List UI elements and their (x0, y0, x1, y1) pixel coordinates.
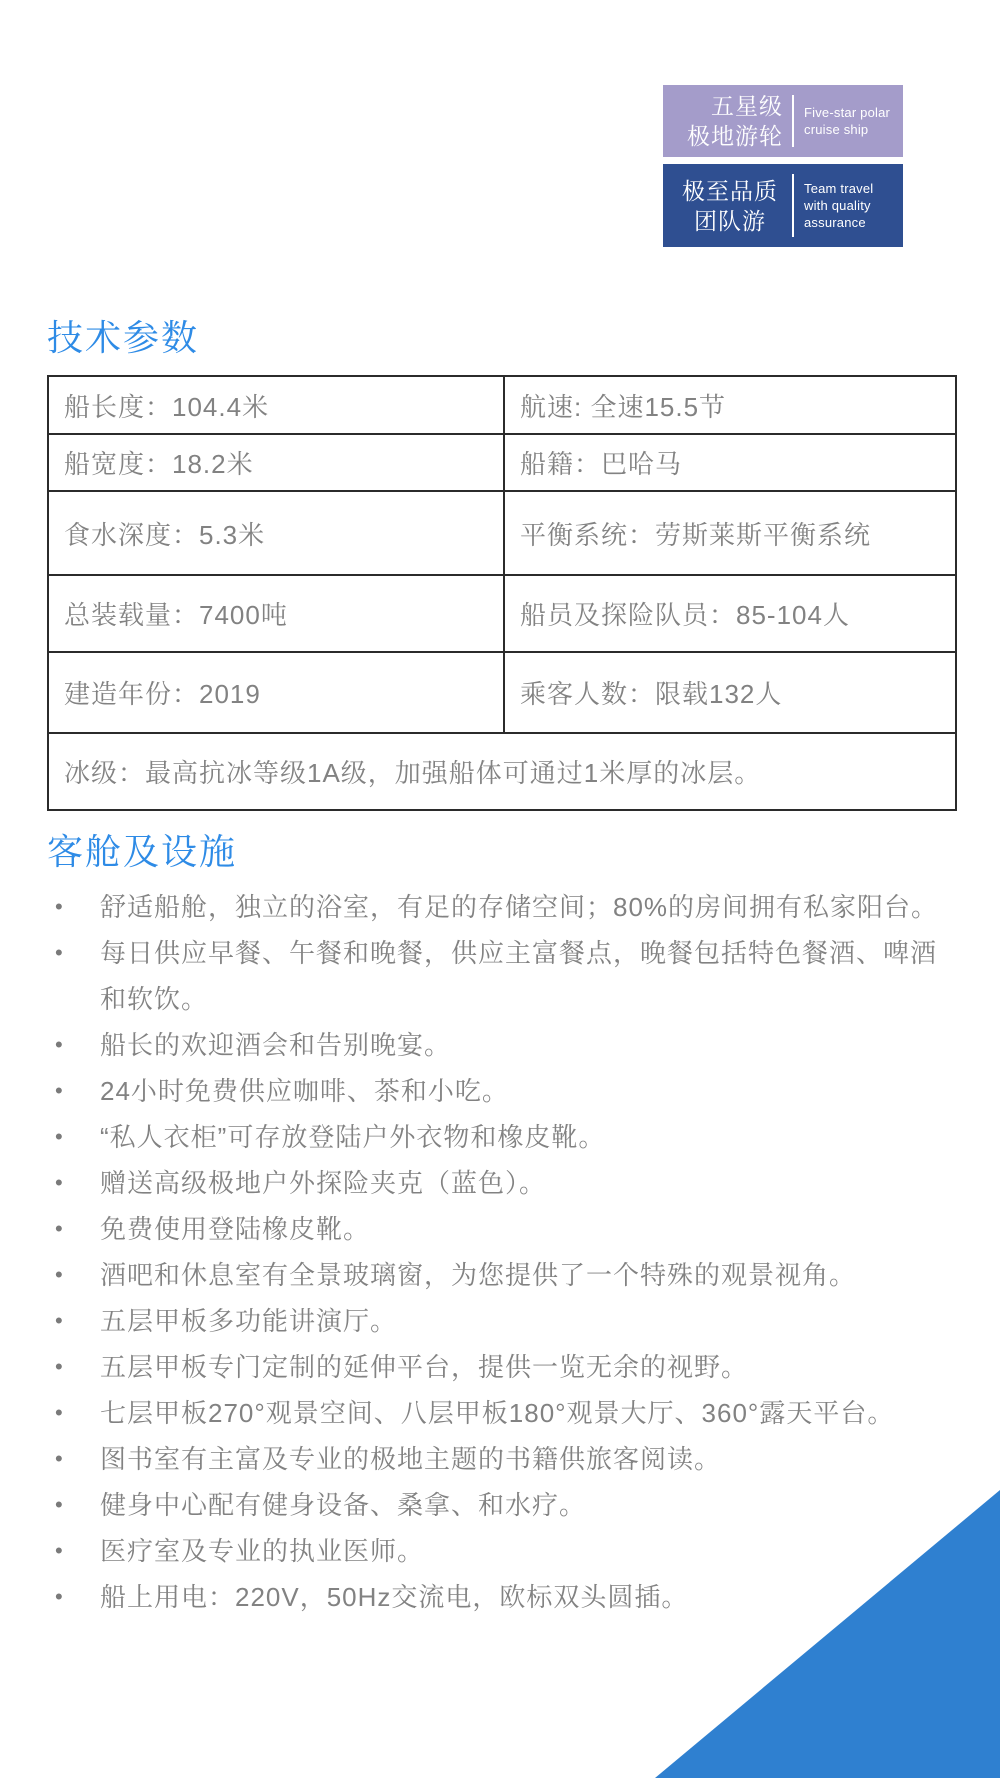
list-item: • 五层甲板专门定制的延伸平台，提供一览无余的视野。 (47, 1344, 962, 1390)
brand-badges: 五星级 极地游轮 Five-star polar cruise ship 极至品… (663, 85, 903, 247)
list-item: • 七层甲板270°观景空间、八层甲板180°观景大厅、360°露天平台。 (47, 1390, 962, 1436)
spec-passengers: 乘客人数：限载132人 (503, 653, 955, 732)
facilities-list: • 舒适船舱，独立的浴室，有足的存储空间；80%的房间拥有私家阳台。 • 每日供… (47, 884, 962, 1620)
spec-crew: 船员及探险队员：85-104人 (503, 576, 955, 651)
spec-ice-class: 冰级：最高抗冰等级1A级，加强船体可通过1米厚的冰层。 (49, 734, 955, 809)
spec-tonnage: 总装载量：7400吨 (49, 576, 503, 651)
bullet-icon: • (47, 1252, 100, 1298)
badge-divider-line (792, 95, 794, 147)
bullet-icon: • (47, 1482, 100, 1528)
section-title-cabins-facilities: 客舱及设施 (47, 830, 237, 873)
facility-text: 七层甲板270°观景空间、八层甲板180°观景大厅、360°露天平台。 (100, 1390, 962, 1436)
spec-draft: 食水深度：5.3米 (49, 492, 503, 574)
badge-en-line: Team travel (804, 180, 873, 197)
table-row: 船宽度：18.2米 船籍：巴哈马 (49, 433, 955, 490)
bullet-icon: • (47, 1344, 100, 1390)
spec-table: 船长度：104.4米 航速: 全速15.5节 船宽度：18.2米 船籍：巴哈马 … (47, 375, 957, 811)
bullet-icon: • (47, 1574, 100, 1620)
list-item: • 免费使用登陆橡皮靴。 (47, 1206, 962, 1252)
facility-text: 船上用电：220V，50Hz交流电，欧标双头圆插。 (100, 1574, 962, 1620)
badge-cn-line: 团队游 (677, 206, 783, 236)
facility-text: 医疗室及专业的执业医师。 (100, 1528, 962, 1574)
facility-text: 五层甲板专门定制的延伸平台，提供一览无余的视野。 (100, 1344, 962, 1390)
spec-build-year: 建造年份：2019 (49, 653, 503, 732)
table-row: 船长度：104.4米 航速: 全速15.5节 (49, 377, 955, 433)
table-row-full: 冰级：最高抗冰等级1A级，加强船体可通过1米厚的冰层。 (49, 732, 955, 809)
facility-text: 每日供应早餐、午餐和晚餐，供应主富餐点，晚餐包括特色餐酒、啤酒和软饮。 (100, 930, 962, 1022)
facility-text: 酒吧和休息室有全景玻璃窗，为您提供了一个特殊的观景视角。 (100, 1252, 962, 1298)
facility-text: 五层甲板多功能讲演厅。 (100, 1298, 962, 1344)
bullet-icon: • (47, 1298, 100, 1344)
facility-text: 舒适船舱，独立的浴室，有足的存储空间；80%的房间拥有私家阳台。 (100, 884, 962, 930)
list-item: • 五层甲板多功能讲演厅。 (47, 1298, 962, 1344)
list-item: • 舒适船舱，独立的浴室，有足的存储空间；80%的房间拥有私家阳台。 (47, 884, 962, 930)
bullet-icon: • (47, 884, 100, 930)
spec-stabilizers: 平衡系统：劳斯莱斯平衡系统 (503, 492, 955, 574)
facility-text: 船长的欢迎酒会和告别晚宴。 (100, 1022, 962, 1068)
list-item: • 赠送高级极地户外探险夹克（蓝色）。 (47, 1160, 962, 1206)
badge-en-line: with quality (804, 197, 873, 214)
bullet-icon: • (47, 1068, 100, 1114)
list-item: • “私人衣柜”可存放登陆户外衣物和橡皮靴。 (47, 1114, 962, 1160)
spec-speed: 航速: 全速15.5节 (503, 377, 955, 433)
badge-en-line: Five-star polar (804, 104, 890, 121)
badge-cn-line: 极地游轮 (669, 121, 783, 151)
badge-en-line: assurance (804, 214, 873, 231)
list-item: • 医疗室及专业的执业医师。 (47, 1528, 962, 1574)
list-item: • 图书室有主富及专业的极地主题的书籍供旅客阅读。 (47, 1436, 962, 1482)
badge-divider-line (792, 174, 794, 237)
table-row: 建造年份：2019 乘客人数：限载132人 (49, 651, 955, 732)
badge-five-star-polar-cruise: 五星级 极地游轮 Five-star polar cruise ship (663, 85, 903, 157)
facility-text: 赠送高级极地户外探险夹克（蓝色）。 (100, 1160, 962, 1206)
facility-text: 图书室有主富及专业的极地主题的书籍供旅客阅读。 (100, 1436, 962, 1482)
facility-text: 健身中心配有健身设备、桑拿、和水疗。 (100, 1482, 962, 1528)
list-item: • 健身中心配有健身设备、桑拿、和水疗。 (47, 1482, 962, 1528)
badge-team-travel-quality: 极至品质 团队游 Team travel with quality assura… (663, 164, 903, 247)
list-item: • 24小时免费供应咖啡、茶和小吃。 (47, 1068, 962, 1114)
bullet-icon: • (47, 1022, 100, 1068)
badge-cn-line: 五星级 (669, 91, 783, 121)
list-item: • 酒吧和休息室有全景玻璃窗，为您提供了一个特殊的观景视角。 (47, 1252, 962, 1298)
bullet-icon: • (47, 1160, 100, 1206)
list-item: • 船长的欢迎酒会和告别晚宴。 (47, 1022, 962, 1068)
bullet-icon: • (47, 1114, 100, 1160)
spec-ship-width: 船宽度：18.2米 (49, 435, 503, 490)
bullet-icon: • (47, 1528, 100, 1574)
brochure-page: 五星级 极地游轮 Five-star polar cruise ship 极至品… (0, 0, 1000, 1778)
table-row: 食水深度：5.3米 平衡系统：劳斯莱斯平衡系统 (49, 490, 955, 574)
badge-cn-line: 极至品质 (677, 176, 783, 206)
list-item: • 每日供应早餐、午餐和晚餐，供应主富餐点，晚餐包括特色餐酒、啤酒和软饮。 (47, 930, 962, 1022)
spec-ship-length: 船长度：104.4米 (49, 377, 503, 433)
badge-chinese-label: 极至品质 团队游 (663, 176, 783, 236)
facility-text: “私人衣柜”可存放登陆户外衣物和橡皮靴。 (100, 1114, 962, 1160)
badge-en-line: cruise ship (804, 121, 890, 138)
bullet-icon: • (47, 1436, 100, 1482)
section-title-technical-parameters: 技术参数 (47, 316, 199, 359)
table-row: 总装载量：7400吨 船员及探险队员：85-104人 (49, 574, 955, 651)
bullet-icon: • (47, 1390, 100, 1436)
facility-text: 24小时免费供应咖啡、茶和小吃。 (100, 1068, 962, 1114)
badge-english-label: Team travel with quality assurance (804, 180, 873, 231)
badge-english-label: Five-star polar cruise ship (804, 104, 890, 138)
bullet-icon: • (47, 930, 100, 976)
list-item: • 船上用电：220V，50Hz交流电，欧标双头圆插。 (47, 1574, 962, 1620)
spec-registry: 船籍：巴哈马 (503, 435, 955, 490)
bullet-icon: • (47, 1206, 100, 1252)
badge-chinese-label: 五星级 极地游轮 (663, 91, 783, 151)
facility-text: 免费使用登陆橡皮靴。 (100, 1206, 962, 1252)
